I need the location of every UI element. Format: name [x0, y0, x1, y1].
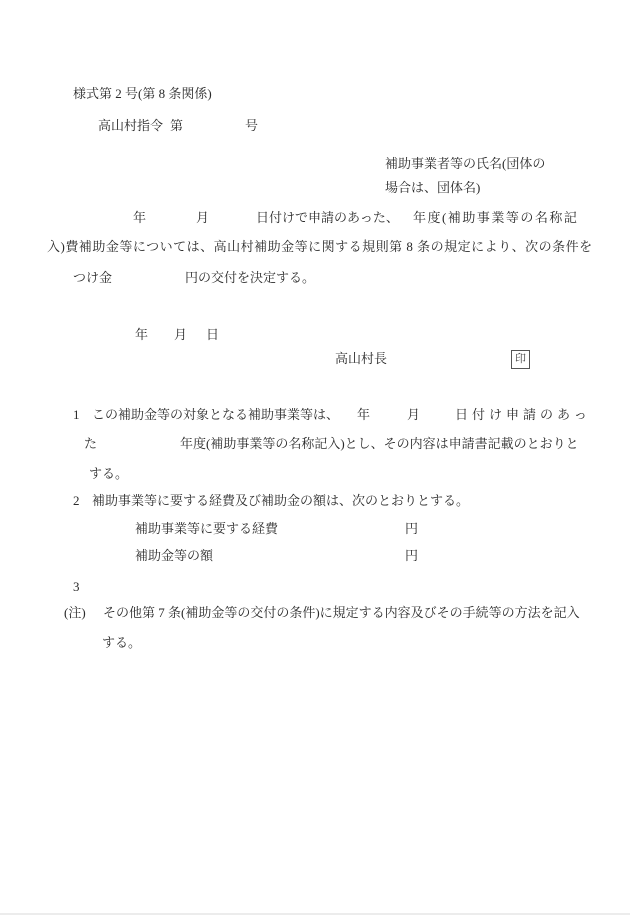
date-year: 年 — [135, 328, 148, 341]
body-day-applied: 日付けで申請のあった、 — [256, 211, 399, 224]
form-number: 様式第 2 号(第 8 条関係) — [73, 87, 212, 100]
item1-cont-c: する。 — [89, 467, 128, 480]
item3-number: 3 — [73, 580, 80, 593]
item1-year: 年 — [357, 408, 370, 421]
item1-month: 月 — [407, 408, 420, 421]
date-month: 月 — [174, 328, 187, 341]
directive-go: 号 — [245, 119, 258, 132]
item2-row2-unit: 円 — [405, 549, 418, 562]
body-month-label: 月 — [196, 211, 209, 224]
body-line3-tsukekin: つけ金 — [73, 271, 112, 284]
signature-title: 高山村長 — [335, 352, 387, 365]
body-nendo: 年度(補助事業等の名称記 — [413, 211, 578, 224]
recipient-name-line2: 場合は、団体名) — [385, 181, 480, 194]
body-year-label: 年 — [133, 211, 146, 224]
item1-text-b: 日付け申請のあっ — [455, 408, 591, 421]
note-text: その他第 7 条(補助金等の交付の条件)に規定する内容及びその手続等の方法を記入 — [103, 606, 580, 619]
directive-prefix: 高山村指令 — [98, 119, 163, 132]
note-cont: する。 — [102, 636, 141, 649]
document-page: 様式第 2 号(第 8 条関係) 高山村指令 第 号 補助事業者等の氏名(団体の… — [0, 0, 630, 915]
directive-dai: 第 — [170, 119, 183, 132]
body-line2: 入)費補助金等については、高山村補助金等に関する規則第 8 条の規定により、次の… — [47, 240, 593, 253]
item1-cont-a: た — [84, 437, 97, 450]
item2-row1-unit: 円 — [405, 522, 418, 535]
item2-row1-label: 補助事業等に要する経費 — [135, 522, 278, 535]
date-day: 日 — [206, 328, 219, 341]
seal-mark: 印 — [511, 350, 530, 369]
body-line3-en: 円の交付を決定する。 — [185, 271, 315, 284]
item1-text-a: この補助金等の対象となる補助事業等は、 — [92, 408, 339, 421]
item2-text: 補助事業等に要する経費及び補助金の額は、次のとおりとする。 — [92, 494, 469, 507]
item2-row2-label: 補助金等の額 — [135, 549, 213, 562]
item1-cont-b: 年度(補助事業等の名称記入)とし、その内容は申請書記載のとおりと — [180, 437, 579, 450]
item2-number: 2 — [73, 494, 80, 507]
item1-number: 1 — [73, 408, 80, 421]
recipient-name-line1: 補助事業者等の氏名(団体の — [385, 157, 545, 170]
note-label: (注) — [64, 606, 86, 619]
